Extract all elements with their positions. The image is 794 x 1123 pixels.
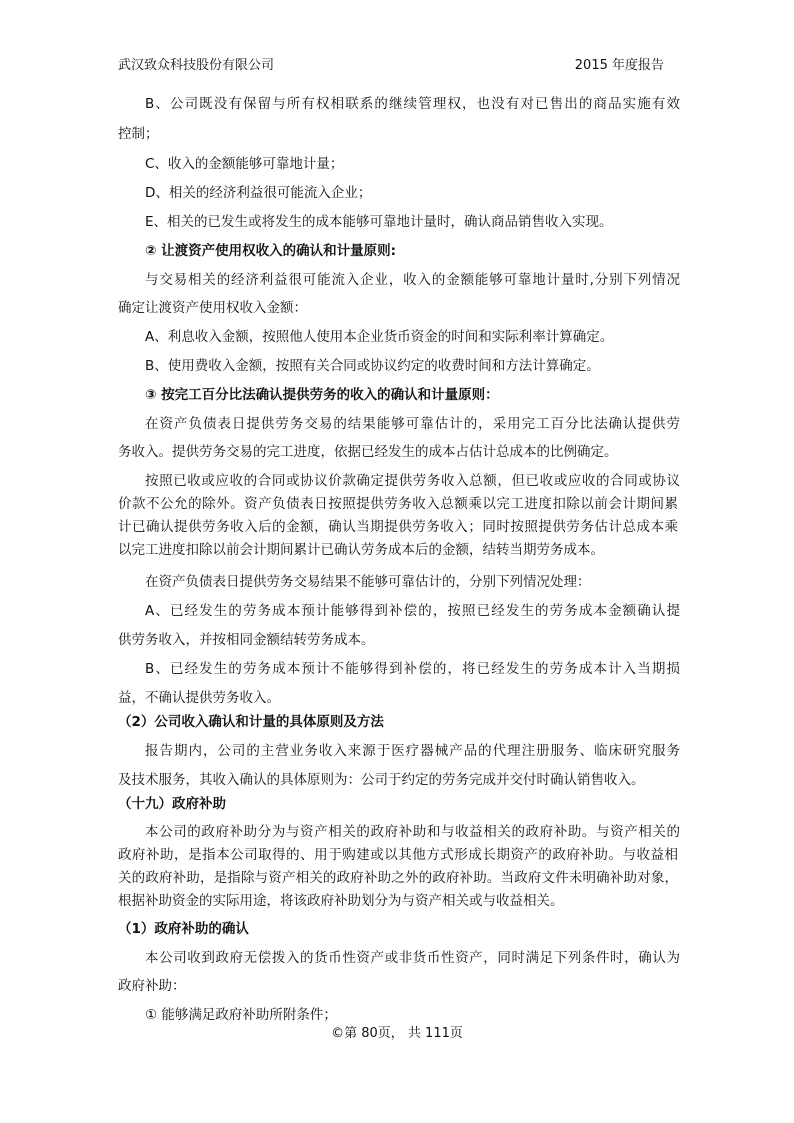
paragraph-line: 关的政府补助，是指除与资产相关的政府补助之外的政府补助。当政府文件未明确补助对象… xyxy=(118,869,678,887)
paragraph-line: 益，不确认提供劳务收入。 xyxy=(118,689,678,707)
paragraph-line: 政府补助，是指本公司取得的、用于购建或以其他方式形成长期资产的政府补助。与收益相 xyxy=(118,846,678,864)
paragraph-line: 务收入。提供劳务交易的完工进度，依据已经发生的成本占估计总成本的比例确定。 xyxy=(118,443,678,461)
paragraph-line: 本公司的政府补助分为与资产相关的政府补助和与收益相关的政府补助。与资产相关的 xyxy=(145,823,680,841)
section-heading: （十九）政府补助 xyxy=(118,795,678,813)
paragraph-line: E、相关的已发生或将发生的成本能够可靠地计量时，确认商品销售收入实现。 xyxy=(145,213,680,231)
paragraph-line: 以完工进度扣除以前会计期间累计已确认劳务成本后的金额，结转当期劳务成本。 xyxy=(118,541,678,559)
paragraph-line: C、收入的金额能够可靠地计量； xyxy=(145,155,680,173)
paragraph-line: 及技术服务，其收入确认的具体原则为：公司于约定的劳务完成并交付时确认销售收入。 xyxy=(118,771,678,789)
paragraph-line: B、已经发生的劳务成本预计不能够得到补偿的，将已经发生的劳务成本计入当期损 xyxy=(145,660,680,678)
paragraph-line: B、使用费收入金额，按照有关合同或协议约定的收费时间和方法计算确定。 xyxy=(145,357,680,375)
paragraph-line: 按照已收或应收的合同或协议价款确定提供劳务收入总额，但已收或应收的合同或协议 xyxy=(145,472,680,490)
paragraph-line: 确定让渡资产使用权收入金额： xyxy=(118,299,678,317)
paragraph-line: 报告期内，公司的主营业务收入来源于医疗器械产品的代理注册服务、临床研究服务 xyxy=(145,742,680,760)
section-heading: （2）公司收入确认和计量的具体原则及方法 xyxy=(118,713,678,731)
paragraph-line: 价款不公允的除外。资产负债表日按照提供劳务收入总额乘以完工进度扣除以前会计期间累 xyxy=(118,495,678,513)
header-company-name: 武汉致众科技股份有限公司 xyxy=(118,58,274,74)
paragraph-line: 控制； xyxy=(118,125,678,143)
page-number-footer: ©第 80页， 共 111页 xyxy=(0,1026,794,1042)
paragraph-line: A、利息收入金额，按照他人使用本企业货币资金的时间和实际利率计算确定。 xyxy=(145,328,680,346)
paragraph-line: B、公司既没有保留与所有权相联系的继续管理权，也没有对已售出的商品实施有效 xyxy=(145,95,680,113)
paragraph-line: ① 能够满足政府补助所附条件； xyxy=(145,1006,680,1024)
paragraph-line: 计已确认提供劳务收入后的金额，确认当期提供劳务收入；同时按照提供劳务估计总成本乘 xyxy=(118,518,678,536)
section-heading: ③ 按完工百分比法确认提供劳务的收入的确认和计量原则： xyxy=(145,386,680,404)
section-heading: ② 让渡资产使用权收入的确认和计量原则: xyxy=(145,242,680,260)
paragraph-line: 本公司收到政府无偿拨入的货币性资产或非货币性资产，同时满足下列条件时，确认为 xyxy=(145,949,680,967)
paragraph-line: 政府补助： xyxy=(118,977,678,995)
paragraph-line: 在资产负债表日提供劳务交易结果不能够可靠估计的，分别下列情况处理： xyxy=(145,573,680,591)
paragraph-line: 在资产负债表日提供劳务交易的结果能够可靠估计的，采用完工百分比法确认提供劳 xyxy=(145,415,680,433)
paragraph-line: 根据补助资金的实际用途，将该政府补助划分为与资产相关或与收益相关。 xyxy=(118,892,678,910)
paragraph-line: A、已经发生的劳务成本预计能够得到补偿的，按照已经发生的劳务成本金额确认提 xyxy=(145,602,680,620)
header-report-title: 2015 年度报告 xyxy=(575,58,664,74)
section-heading: （1）政府补助的确认 xyxy=(118,920,678,938)
paragraph-line: 与交易相关的经济利益很可能流入企业，收入的金额能够可靠地计量时,分别下列情况 xyxy=(145,271,680,289)
paragraph-line: 供劳务收入，并按相同金额结转劳务成本。 xyxy=(118,631,678,649)
paragraph-line: D、相关的经济利益很可能流入企业； xyxy=(145,184,680,202)
